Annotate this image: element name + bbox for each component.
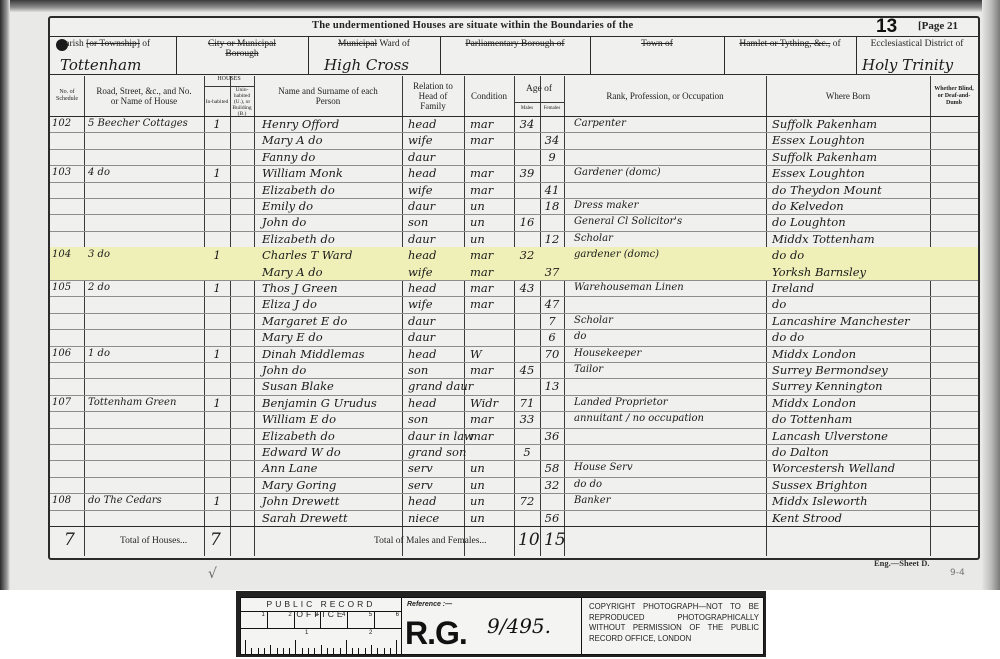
cell-occupation (574, 444, 766, 460)
cell-inhabited (204, 313, 230, 329)
cell-female-age (540, 493, 564, 509)
scale-bar: 1 2 3 4 5 6 (241, 611, 401, 629)
table-row: 1034 do1William Monkheadmar39Gardener (d… (50, 165, 978, 182)
table-row: Ann Laneservun58House ServWorcestersh We… (50, 460, 978, 477)
locality-parliamentary-borough: Parliamentary Borough of (440, 36, 591, 74)
ruler-tick (396, 640, 397, 654)
cell-schedule: 105 (52, 280, 84, 296)
page-label: [Page (918, 20, 944, 32)
cell-where-born: Middx Isleworth (772, 493, 930, 509)
cell-male-age (514, 346, 540, 362)
scale-label: 4 (321, 612, 348, 628)
cell-road (88, 411, 204, 427)
cell-schedule (52, 149, 84, 165)
cell-inhabited (204, 132, 230, 148)
cell-relation: daur (408, 329, 464, 345)
cell-relation: head (408, 493, 464, 509)
locality-ward: Municipal Ward of High Cross (308, 36, 441, 74)
cell-condition: mar (470, 182, 514, 198)
cell-condition (470, 378, 514, 394)
cell-where-born: Middx Tottenham (772, 231, 930, 247)
cell-name: Thos J Green (262, 280, 402, 296)
cell-where-born: do Kelvedon (772, 198, 930, 214)
cell-inhabited (204, 149, 230, 165)
cell-condition: mar (470, 362, 514, 378)
cell-road (88, 460, 204, 476)
cell-name: Emily do (262, 198, 402, 214)
cell-occupation: Housekeeper (574, 346, 766, 362)
table-row: Elizabeth dodaur in lawmar36Lancash Ulve… (50, 428, 978, 445)
cell-condition: mar (470, 264, 514, 280)
cell-name: Eliza J do (262, 296, 402, 312)
cell-occupation: do (574, 329, 766, 345)
cell-road (88, 214, 204, 230)
cell-schedule (52, 378, 84, 394)
ruler-tick (295, 640, 296, 654)
table-row-highlighted: Mary A dowifemar37Yorksh Barnsley (50, 264, 978, 281)
cell-name: Ann Lane (262, 460, 402, 476)
cell-relation: grand daur (408, 378, 464, 394)
table-row: Mary E dodaur6dodo do (50, 329, 978, 346)
cell-inhabited (204, 362, 230, 378)
cell-female-age: 41 (540, 182, 564, 198)
cell-where-born: do do (772, 247, 930, 263)
cell-occupation (574, 510, 766, 526)
locality-parish-label: Parish [or Township] of (50, 39, 176, 49)
cell-condition: mar (470, 280, 514, 296)
cell-where-born: do (772, 296, 930, 312)
cell-relation: son (408, 214, 464, 230)
cell-road: 1 do (88, 346, 204, 362)
scale-label: 2 (268, 612, 295, 628)
cell-occupation: Gardener (domc) (574, 165, 766, 181)
cell-relation: grand son (408, 444, 464, 460)
cell-schedule (52, 214, 84, 230)
cell-female-age: 56 (540, 510, 564, 526)
cell-schedule (52, 264, 84, 280)
cell-condition: un (470, 460, 514, 476)
label-struck: [or Township] (86, 39, 140, 49)
cell-male-age: 45 (514, 362, 540, 378)
header-where-born: Where Born (766, 76, 930, 116)
cell-name: William E do (262, 411, 402, 427)
cell-where-born: Suffolk Pakenham (772, 149, 930, 165)
cell-condition: W (470, 346, 514, 362)
cell-female-age: 37 (540, 264, 564, 280)
cell-inhabited (204, 444, 230, 460)
cell-condition: un (470, 477, 514, 493)
cell-female-age (540, 280, 564, 296)
scale-label: 5 (348, 612, 375, 628)
table-row: Mary A dowifemar34Essex Loughton (50, 132, 978, 149)
cell-schedule (52, 444, 84, 460)
cell-where-born: Essex Loughton (772, 132, 930, 148)
cell-schedule (52, 296, 84, 312)
table-row: 1052 do1Thos J Greenheadmar43Warehousema… (50, 280, 978, 297)
cell-male-age: 71 (514, 395, 540, 411)
cell-condition: un (470, 493, 514, 509)
table-row: Elizabeth dowifemar41do Theydon Mount (50, 182, 978, 199)
cell-condition: Widr (470, 395, 514, 411)
cell-inhabited (204, 460, 230, 476)
cell-female-age: 58 (540, 460, 564, 476)
cell-road (88, 444, 204, 460)
header-road: Road, Street, &c., and No. or Name of Ho… (84, 76, 204, 116)
cell-where-born: Lancashire Manchester (772, 313, 930, 329)
ruler-tick (377, 648, 378, 654)
cell-male-age (514, 510, 540, 526)
cell-occupation: do do (574, 477, 766, 493)
cell-male-age: 34 (514, 116, 540, 132)
header-blind-deaf-dumb: Whether Blind, or Deaf-and-Dumb (930, 76, 978, 116)
cell-female-age: 13 (540, 378, 564, 394)
cell-where-born: Suffolk Pakenham (772, 116, 930, 132)
page-number: [Page 21 (918, 20, 958, 32)
ruler-tick (390, 648, 391, 654)
cell-occupation: Dress maker (574, 198, 766, 214)
cell-relation: daur (408, 198, 464, 214)
ruler-tick (327, 648, 328, 654)
cell-inhabited: 1 (204, 280, 230, 296)
cell-occupation: Landed Proprietor (574, 395, 766, 411)
inch-ruler: 1 2 (241, 628, 401, 654)
cell-condition: mar (470, 165, 514, 181)
cell-name: Benjamin G Urudus (262, 395, 402, 411)
cell-schedule (52, 231, 84, 247)
sheet-label: Eng.—Sheet D. (874, 558, 930, 568)
ruler-tick (333, 648, 334, 654)
cell-condition (470, 313, 514, 329)
cell-occupation (574, 428, 766, 444)
ruler-tick (365, 648, 366, 654)
cell-relation: head (408, 280, 464, 296)
ruler-tick (340, 648, 341, 654)
stamp-body: PUBLIC RECORD OFFICE 1 2 3 4 5 6 1 2 Ref… (240, 597, 764, 655)
cell-occupation (574, 378, 766, 394)
scale-label: 1 (241, 612, 268, 628)
cell-road (88, 362, 204, 378)
cell-relation: serv (408, 460, 464, 476)
cell-male-age (514, 231, 540, 247)
total-schedules: 7 (64, 530, 75, 550)
cell-where-born: do do (772, 329, 930, 345)
cell-relation: daur (408, 149, 464, 165)
cell-relation: serv (408, 477, 464, 493)
cell-schedule (52, 477, 84, 493)
cell-name: Edward W do (262, 444, 402, 460)
ruler-tick (358, 648, 359, 654)
total-females: 15 (544, 530, 566, 550)
cell-where-born: Middx London (772, 395, 930, 411)
cell-female-age (540, 214, 564, 230)
cell-name: Elizabeth do (262, 428, 402, 444)
cell-occupation: Scholar (574, 313, 766, 329)
cell-schedule (52, 510, 84, 526)
cell-name: Fanny do (262, 149, 402, 165)
header-name: Name and Surname of each Person (254, 76, 402, 116)
cell-female-age: 34 (540, 132, 564, 148)
cell-male-age (514, 182, 540, 198)
ruler-tick (321, 645, 322, 654)
ruler-tick (384, 648, 385, 654)
cell-schedule: 107 (52, 395, 84, 411)
cell-male-age (514, 149, 540, 165)
cell-inhabited (204, 428, 230, 444)
cell-condition: mar (470, 247, 514, 263)
ruler-tick (245, 640, 246, 654)
cell-name: Mary E do (262, 329, 402, 345)
cell-male-age (514, 313, 540, 329)
cell-where-born: do Dalton (772, 444, 930, 460)
cell-occupation: Scholar (574, 231, 766, 247)
cell-road (88, 182, 204, 198)
cell-schedule: 108 (52, 493, 84, 509)
cell-road (88, 428, 204, 444)
cell-condition: mar (470, 428, 514, 444)
cell-road (88, 231, 204, 247)
label-struck: Municipal (338, 39, 377, 49)
locality-ecclesiastical-value: Holy Trinity (862, 56, 953, 74)
locality-town: Town of (590, 36, 725, 74)
cell-where-born: do Theydon Mount (772, 182, 930, 198)
scan-edge-right (982, 0, 1000, 590)
locality-ward-value: High Cross (324, 56, 409, 74)
cell-occupation (574, 296, 766, 312)
cell-schedule (52, 460, 84, 476)
cell-condition (470, 444, 514, 460)
cell-male-age (514, 198, 540, 214)
cell-where-born: Yorksh Barnsley (772, 264, 930, 280)
scan-edge-top (0, 0, 1000, 12)
ruler-tick (371, 645, 372, 654)
scale-label: 3 (295, 612, 322, 628)
header-females: Females (540, 106, 564, 111)
cell-male-age: 72 (514, 493, 540, 509)
cell-schedule: 106 (52, 346, 84, 362)
ruler-tick (302, 648, 303, 654)
cell-male-age (514, 329, 540, 345)
cell-inhabited (204, 296, 230, 312)
table-row: Susan Blakegrand daur13Surrey Kennington (50, 378, 978, 395)
cell-where-born: do Loughton (772, 214, 930, 230)
ruler-tick (264, 648, 265, 654)
locality-borough: City or Municipal Borough (176, 36, 309, 74)
cell-road: 2 do (88, 280, 204, 296)
cell-female-age: 36 (540, 428, 564, 444)
locality-borough-label: City or Municipal Borough (176, 39, 308, 59)
cell-schedule: 102 (52, 116, 84, 132)
cell-occupation: gardener (domc) (574, 247, 766, 263)
table-row: 107Tottenham Green1Benjamin G Urudushead… (50, 395, 978, 412)
header-relation: Relation to Head of Family (402, 76, 464, 116)
ruler-tick (308, 648, 309, 654)
label-struck: Hamlet or Tything, &c., (739, 39, 830, 49)
cell-name: Elizabeth do (262, 182, 402, 198)
cell-name: Henry Offord (262, 116, 402, 132)
cell-male-age: 32 (514, 247, 540, 263)
ruler-tick (346, 640, 347, 654)
cell-female-age (540, 247, 564, 263)
cell-road: do The Cedars (88, 493, 204, 509)
cell-condition: mar (470, 132, 514, 148)
cell-road (88, 313, 204, 329)
cell-relation: daur (408, 313, 464, 329)
page-number-value: 21 (947, 20, 958, 32)
table-row: Elizabeth dodaurun12ScholarMiddx Tottenh… (50, 231, 978, 248)
cell-inhabited (204, 214, 230, 230)
scale-label: 6 (375, 612, 401, 628)
table-row: Mary Goringservun32do doSussex Brighton (50, 477, 978, 494)
cell-condition: un (470, 231, 514, 247)
reference-block: Reference :— R.G. 9/495. (401, 598, 582, 654)
cell-schedule (52, 313, 84, 329)
cell-relation: daur (408, 231, 464, 247)
cell-female-age: 9 (540, 149, 564, 165)
form-banner: The undermentioned Houses are situate wi… (50, 18, 978, 37)
table-row: Fanny dodaur9Suffolk Pakenham (50, 149, 978, 166)
cell-where-born: Surrey Kennington (772, 378, 930, 394)
cell-relation: wife (408, 296, 464, 312)
cell-inhabited (204, 477, 230, 493)
pencil-note: 9-4 (950, 568, 965, 578)
cell-where-born: Kent Strood (772, 510, 930, 526)
cell-male-age (514, 378, 540, 394)
cell-male-age (514, 477, 540, 493)
locality-town-label: Town of (590, 39, 724, 49)
cell-name: John do (262, 362, 402, 378)
cell-relation: son (408, 411, 464, 427)
cell-female-age (540, 444, 564, 460)
header-males: Males (514, 106, 540, 111)
cell-schedule (52, 362, 84, 378)
cell-occupation: General Cl Solicitor's (574, 214, 766, 230)
cell-name: Mary A do (262, 132, 402, 148)
cell-condition: mar (470, 296, 514, 312)
ruler-tick (352, 648, 353, 654)
cell-inhabited: 1 (204, 116, 230, 132)
cell-male-age: 5 (514, 444, 540, 460)
header-age: Age of (514, 76, 564, 103)
cell-occupation: Carpenter (574, 116, 766, 132)
cell-inhabited: 1 (204, 493, 230, 509)
cell-male-age: 33 (514, 411, 540, 427)
folio-number: 13 (876, 16, 897, 38)
ruler-tick (289, 648, 290, 654)
cell-schedule (52, 198, 84, 214)
cell-inhabited (204, 411, 230, 427)
cell-inhabited (204, 510, 230, 526)
table-row: 108do The Cedars1John Drewettheadun72Ban… (50, 493, 978, 510)
cell-road: Tottenham Green (88, 395, 204, 411)
cell-inhabited: 1 (204, 346, 230, 362)
cell-where-born: Surrey Bermondsey (772, 362, 930, 378)
cell-name: Elizabeth do (262, 231, 402, 247)
table-row-highlighted: 1043 do1Charles T Wardheadmar32gardener … (50, 247, 978, 264)
cell-name: John do (262, 214, 402, 230)
cell-inhabited (204, 231, 230, 247)
ruler-tick (270, 645, 271, 654)
reference-piece: 9/495. (487, 614, 551, 638)
locality-ecclesiastical: Ecclesiastical District of Holy Trinity (856, 36, 978, 74)
cell-female-age (540, 116, 564, 132)
cell-condition (470, 329, 514, 345)
cell-female-age: 6 (540, 329, 564, 345)
cell-name: Mary A do (262, 264, 402, 280)
census-form: The undermentioned Houses are situate wi… (48, 16, 980, 560)
cell-road (88, 510, 204, 526)
banner-text: The undermentioned Houses are situate wi… (312, 20, 633, 31)
cell-road (88, 378, 204, 394)
cell-condition: mar (470, 411, 514, 427)
header-occupation: Rank, Profession, or Occupation (564, 76, 766, 116)
cell-male-age (514, 264, 540, 280)
cell-schedule (52, 132, 84, 148)
table-row: William E dosonmar33annuitant / no occup… (50, 411, 978, 428)
table-row: Eliza J dowifemar47do (50, 296, 978, 313)
cell-female-age (540, 362, 564, 378)
cell-condition (470, 149, 514, 165)
reference-series: R.G. (405, 615, 467, 652)
cell-inhabited: 1 (204, 247, 230, 263)
public-record-office-block: PUBLIC RECORD OFFICE 1 2 3 4 5 6 1 2 (241, 598, 402, 654)
cell-road: 4 do (88, 165, 204, 181)
cell-schedule (52, 329, 84, 345)
scanned-census-page: The undermentioned Houses are situate wi… (0, 0, 1000, 590)
cell-relation: wife (408, 264, 464, 280)
cell-condition: un (470, 510, 514, 526)
cell-road: 3 do (88, 247, 204, 263)
cell-female-age: 18 (540, 198, 564, 214)
cell-relation: wife (408, 182, 464, 198)
table-row: Edward W dogrand son5do Dalton (50, 444, 978, 461)
ruler-tick (283, 648, 284, 654)
cell-inhabited: 1 (204, 395, 230, 411)
cell-female-age: 12 (540, 231, 564, 247)
ruler-tick (251, 648, 252, 654)
cell-female-age (540, 165, 564, 181)
reference-label: Reference :— (407, 601, 452, 608)
cell-road (88, 149, 204, 165)
cell-name: William Monk (262, 165, 402, 181)
cell-road (88, 132, 204, 148)
divider (50, 74, 978, 75)
copyright-notice: COPYRIGHT PHOTOGRAPH—NOT TO BE REPRODUCE… (589, 602, 759, 644)
cell-male-age: 43 (514, 280, 540, 296)
cell-occupation (574, 182, 766, 198)
cell-male-age (514, 296, 540, 312)
cell-male-age (514, 460, 540, 476)
cell-name: Dinah Middlemas (262, 346, 402, 362)
cell-road (88, 296, 204, 312)
cell-where-born: do Tottenham (772, 411, 930, 427)
cell-relation: head (408, 346, 464, 362)
cell-occupation: Warehouseman Linen (574, 280, 766, 296)
cell-name: Sarah Drewett (262, 510, 402, 526)
table-row: Margaret E dodaur7ScholarLancashire Manc… (50, 313, 978, 330)
pencil-tick-mark: √ (208, 566, 217, 582)
cell-road (88, 477, 204, 493)
label-suffix: Ward of (377, 39, 410, 49)
punch-hole (56, 39, 68, 51)
cell-schedule: 104 (52, 247, 84, 263)
total-persons-label: Total of Males and Females... (374, 536, 487, 546)
header-schedule: No. of Schedule (50, 76, 84, 116)
cell-inhabited (204, 198, 230, 214)
table-row: Sarah Drewettnieceun56Kent Strood (50, 510, 978, 527)
locality-parish: Parish [or Township] of Tottenham (50, 36, 177, 74)
cell-inhabited (204, 378, 230, 394)
locality-hamlet-label: Hamlet or Tything, &c., of (724, 39, 856, 49)
